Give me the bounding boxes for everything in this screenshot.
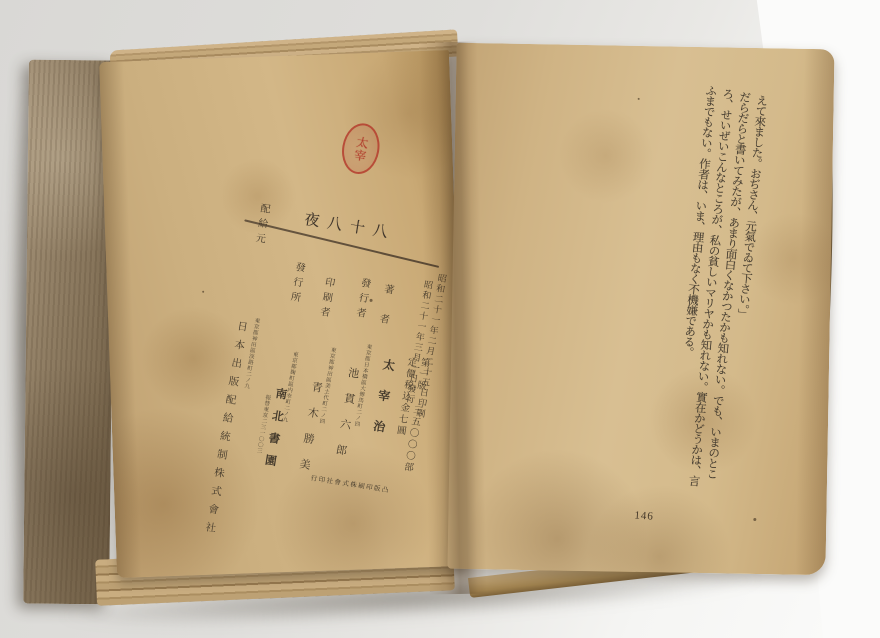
paper-speck — [202, 291, 204, 293]
page-number: 146 — [634, 509, 654, 522]
printer-name: 青木勝美 — [293, 380, 325, 485]
author-label: 著 者 — [374, 283, 396, 330]
photo-of-open-book: 太宰 八十八夜 昭和二十一年二月二十五日印刷 昭和二十一年三月一日發行 第一版三… — [0, 0, 880, 638]
printer-label: 印刷者 — [315, 276, 337, 323]
author-name: 太宰治 — [367, 358, 398, 453]
seal-text: 太宰 — [353, 135, 369, 163]
colophon-page: 太宰 八十八夜 昭和二十一年二月二十五日印刷 昭和二十一年三月一日發行 第一版三… — [99, 50, 467, 578]
author-inspection-seal: 太宰 — [338, 120, 383, 177]
text-page: えて來ました。おぢさん、元氣でゐて下さい。」 だらだらと書いてみたが、あまり面白… — [447, 43, 834, 576]
issuing-office-label: 發行所 — [285, 261, 307, 308]
printer-stamp-line: 凸版印刷株式會社印行 — [310, 473, 390, 494]
paper-speck — [370, 299, 373, 302]
paper-speck — [638, 98, 640, 100]
paper-speck — [753, 518, 756, 521]
distributor-name: 日本出版配給統制株式會社 — [200, 320, 250, 542]
